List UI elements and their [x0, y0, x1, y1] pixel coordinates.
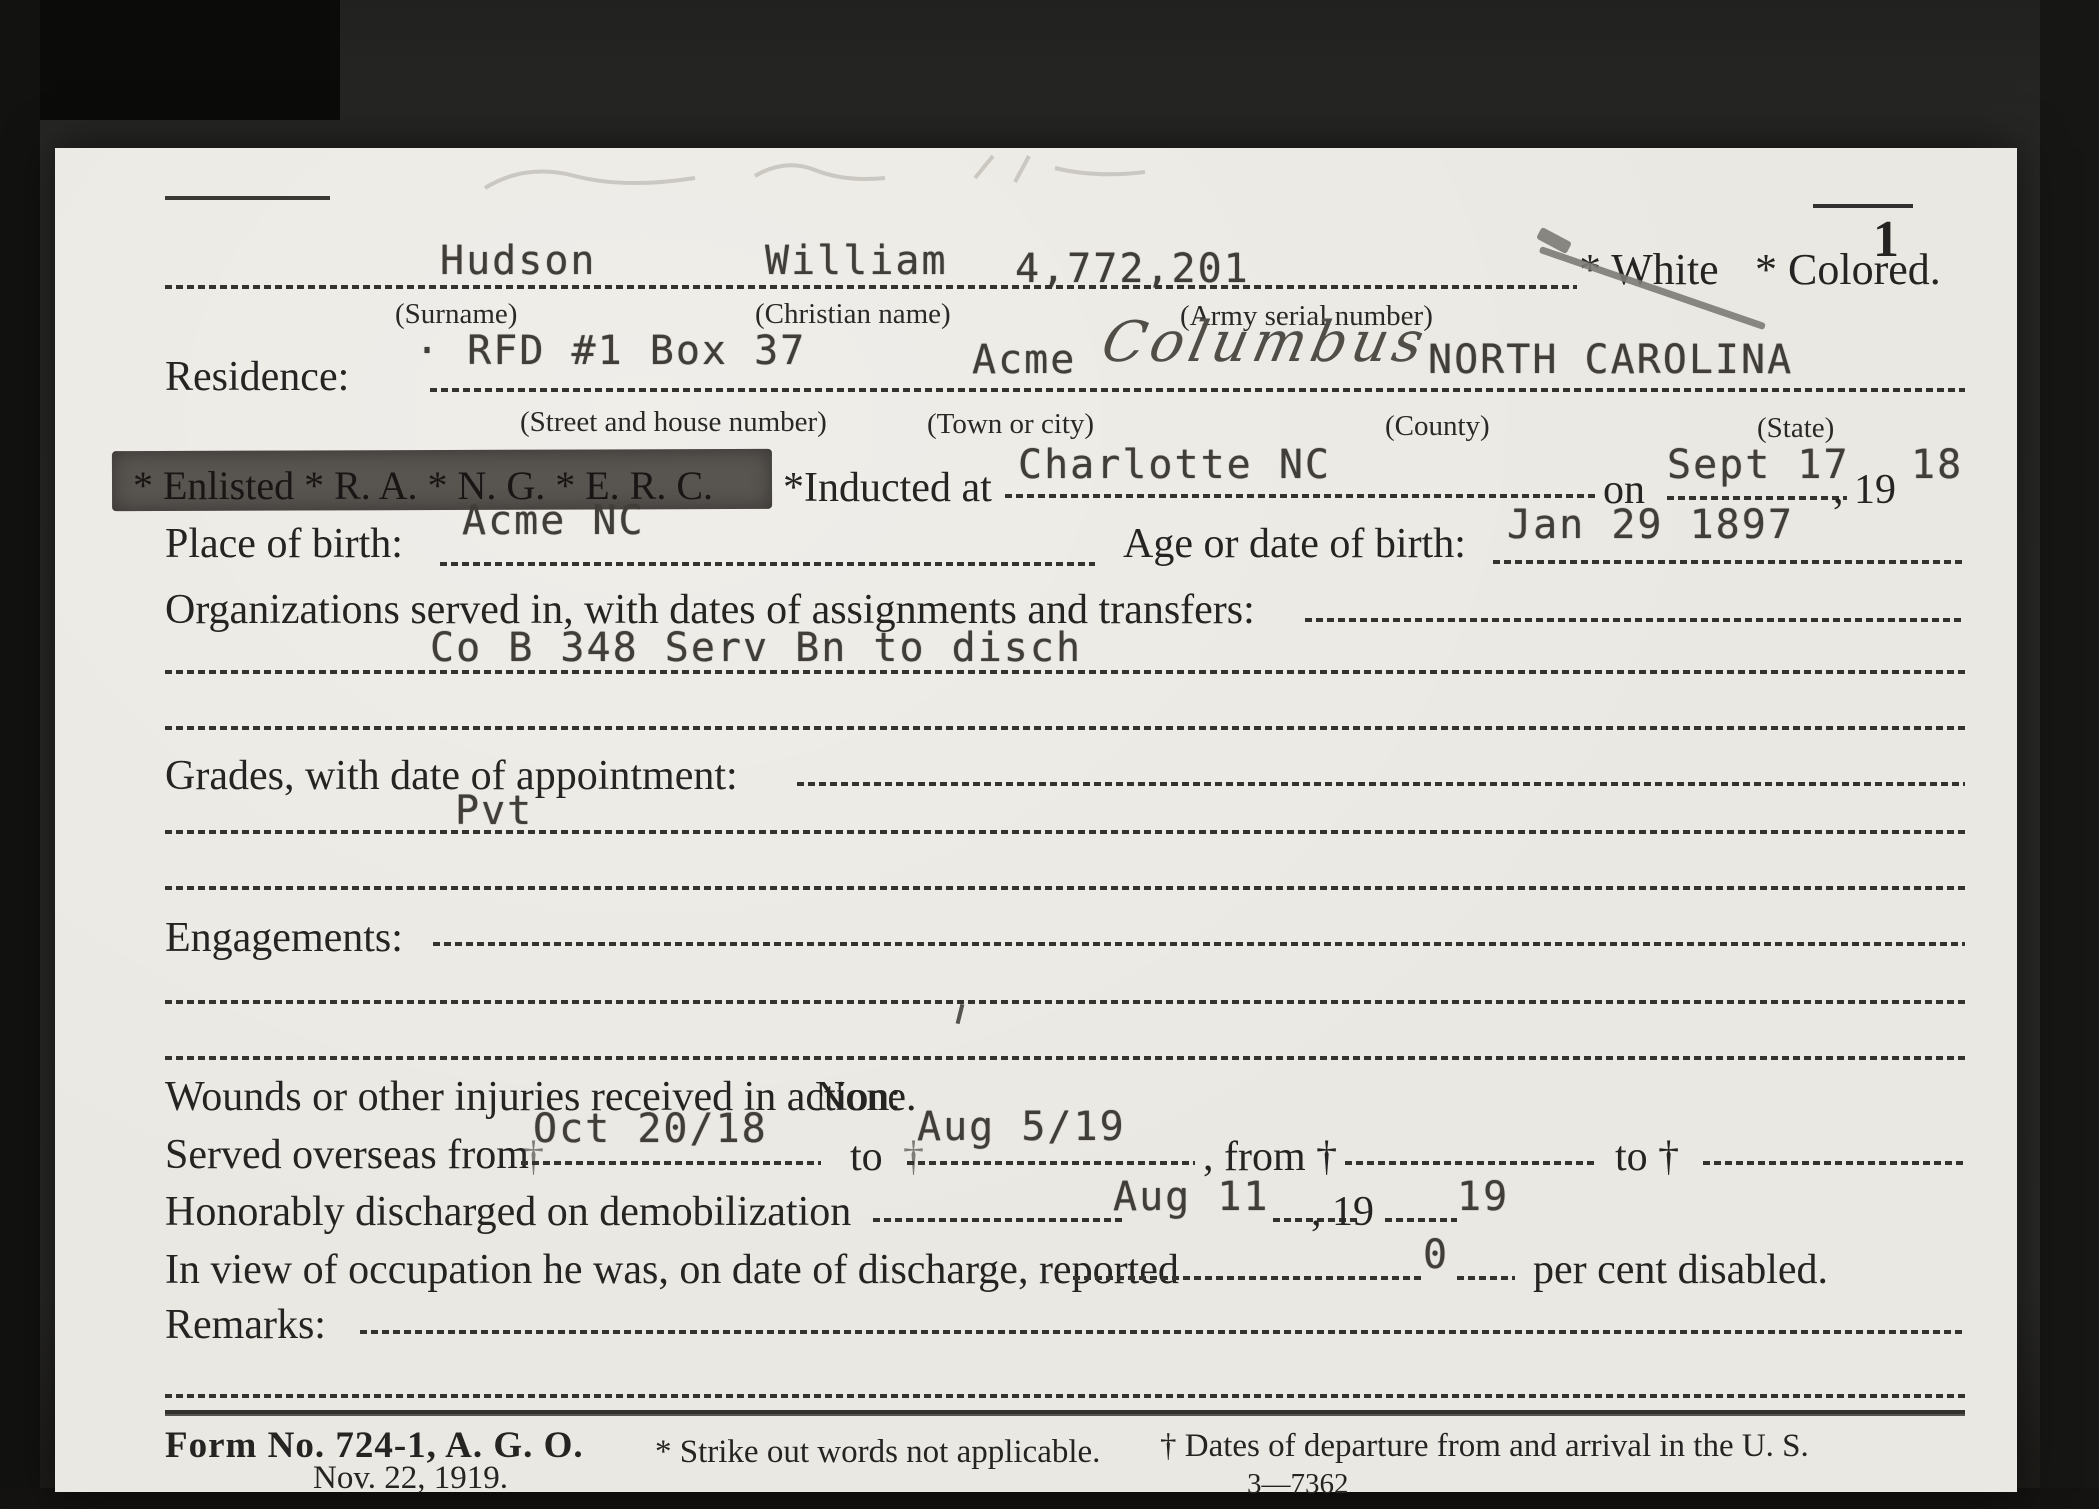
page-number-overline: [1813, 204, 1913, 208]
county-value-handwritten: Columbus: [1096, 310, 1434, 375]
disability-suffix: per cent disabled.: [1533, 1246, 1828, 1294]
discharge-year-value: 19: [1457, 1174, 1509, 1220]
residence-label: Residence:: [165, 353, 349, 401]
grades-label: Grades, with date of appointment:: [165, 752, 738, 800]
christian-name-value: William: [765, 238, 948, 284]
disability-rule-2: [1457, 1276, 1515, 1280]
overseas-from1-value: Oct 20/18: [533, 1106, 768, 1152]
wounds-value: None.: [815, 1073, 916, 1121]
birth-date-label: Age or date of birth:: [1123, 520, 1466, 568]
organizations-rule-1: [1305, 618, 1965, 622]
birth-place-value: Acme NC: [462, 498, 645, 544]
county-label: (County): [1385, 410, 1490, 443]
grades-rule-1: [797, 782, 1965, 786]
street-label: (Street and house number): [520, 406, 827, 439]
disability-rule-1: [1073, 1276, 1423, 1280]
disability-label: In view of occupation he was, on date of…: [165, 1246, 1179, 1294]
grades-value: Pvt: [455, 788, 533, 834]
induction-year-printed: , 19: [1833, 466, 1896, 514]
overseas-to1-value: Aug 5/19: [917, 1104, 1126, 1150]
christian-name-label: (Christian name): [755, 298, 951, 331]
disability-value: 0: [1423, 1232, 1449, 1278]
engagements-rule-2: [165, 1000, 1965, 1004]
state-label: (State): [1757, 412, 1834, 445]
overseas-rule-1: [521, 1161, 821, 1165]
overseas-rule-4: [1703, 1161, 1965, 1165]
name-row-rule: [165, 285, 1577, 289]
service-record-card: 1 Hudson William 4,772,201 * White * Col…: [55, 148, 2017, 1492]
engagements-label: Engagements:: [165, 914, 403, 962]
state-value: NORTH CAROLINA: [1428, 337, 1793, 383]
overseas-rule-2: [907, 1161, 1195, 1165]
print-code: 3—7362: [1247, 1468, 1349, 1501]
strike-note: * Strike out words not applicable.: [655, 1434, 1100, 1471]
engagements-rule-1: [433, 942, 1965, 946]
dagger-note: † Dates of departure from and arrival in…: [1160, 1428, 1809, 1465]
discharge-rule-3: [1385, 1218, 1457, 1222]
overseas-to2-label: to †: [1615, 1133, 1679, 1181]
induction-date-value: Sept 17: [1667, 442, 1850, 488]
organizations-rule-2: [165, 670, 1965, 674]
scanned-document: 1 Hudson William 4,772,201 * White * Col…: [0, 0, 2099, 1509]
scan-bed-right-edge: [2040, 0, 2099, 1509]
discharge-date-value: Aug 11: [1113, 1174, 1270, 1220]
overseas-rule-3: [1345, 1161, 1595, 1165]
grades-rule-2: [165, 830, 1965, 834]
residence-rule: [430, 388, 1965, 392]
induction-place-rule: [1005, 494, 1595, 498]
remarks-rule-1: [360, 1330, 1965, 1334]
grades-rule-3: [165, 886, 1965, 890]
street-value: · RFD #1 Box 37: [415, 328, 806, 374]
birth-place-label: Place of birth:: [165, 520, 403, 568]
surname-label: (Surname): [395, 298, 517, 331]
overseas-prefix: Served overseas from: [165, 1131, 529, 1179]
footer-divider: [165, 1410, 1965, 1416]
stray-pen-mark: [956, 1004, 965, 1024]
induction-place-value: Charlotte NC: [1018, 442, 1331, 488]
top-left-mark: [165, 196, 330, 200]
overseas-to1-label: to: [850, 1133, 883, 1181]
remarks-label: Remarks:: [165, 1301, 326, 1349]
town-value: Acme: [972, 337, 1076, 383]
birth-place-rule: [440, 562, 1095, 566]
discharge-label: Honorably discharged on demobilization: [165, 1188, 851, 1236]
colored-option: * Colored.: [1755, 244, 1941, 295]
remarks-rule-2: [165, 1394, 1965, 1398]
scan-bed-corner: [0, 0, 340, 120]
discharge-year-printed: , 19: [1311, 1188, 1374, 1236]
induction-date-rule: [1667, 496, 1847, 500]
induction-year-value: 18: [1911, 442, 1963, 488]
birth-date-rule: [1493, 560, 1965, 564]
scan-bed-left-edge: [0, 0, 40, 1509]
birth-date-value: Jan 29 1897: [1507, 502, 1794, 548]
engagements-rule-3: [165, 1056, 1965, 1060]
town-label: (Town or city): [927, 408, 1094, 441]
organizations-rule-3: [165, 726, 1965, 730]
inducted-at-label: *Inducted at: [783, 464, 992, 512]
surname-value: Hudson: [440, 238, 597, 284]
form-date: Nov. 22, 1919.: [313, 1460, 508, 1497]
discharge-rule-1: [873, 1218, 1123, 1222]
organizations-value: Co B 348 Serv Bn to disch: [430, 625, 1082, 671]
pencil-scribble: [455, 148, 1275, 228]
